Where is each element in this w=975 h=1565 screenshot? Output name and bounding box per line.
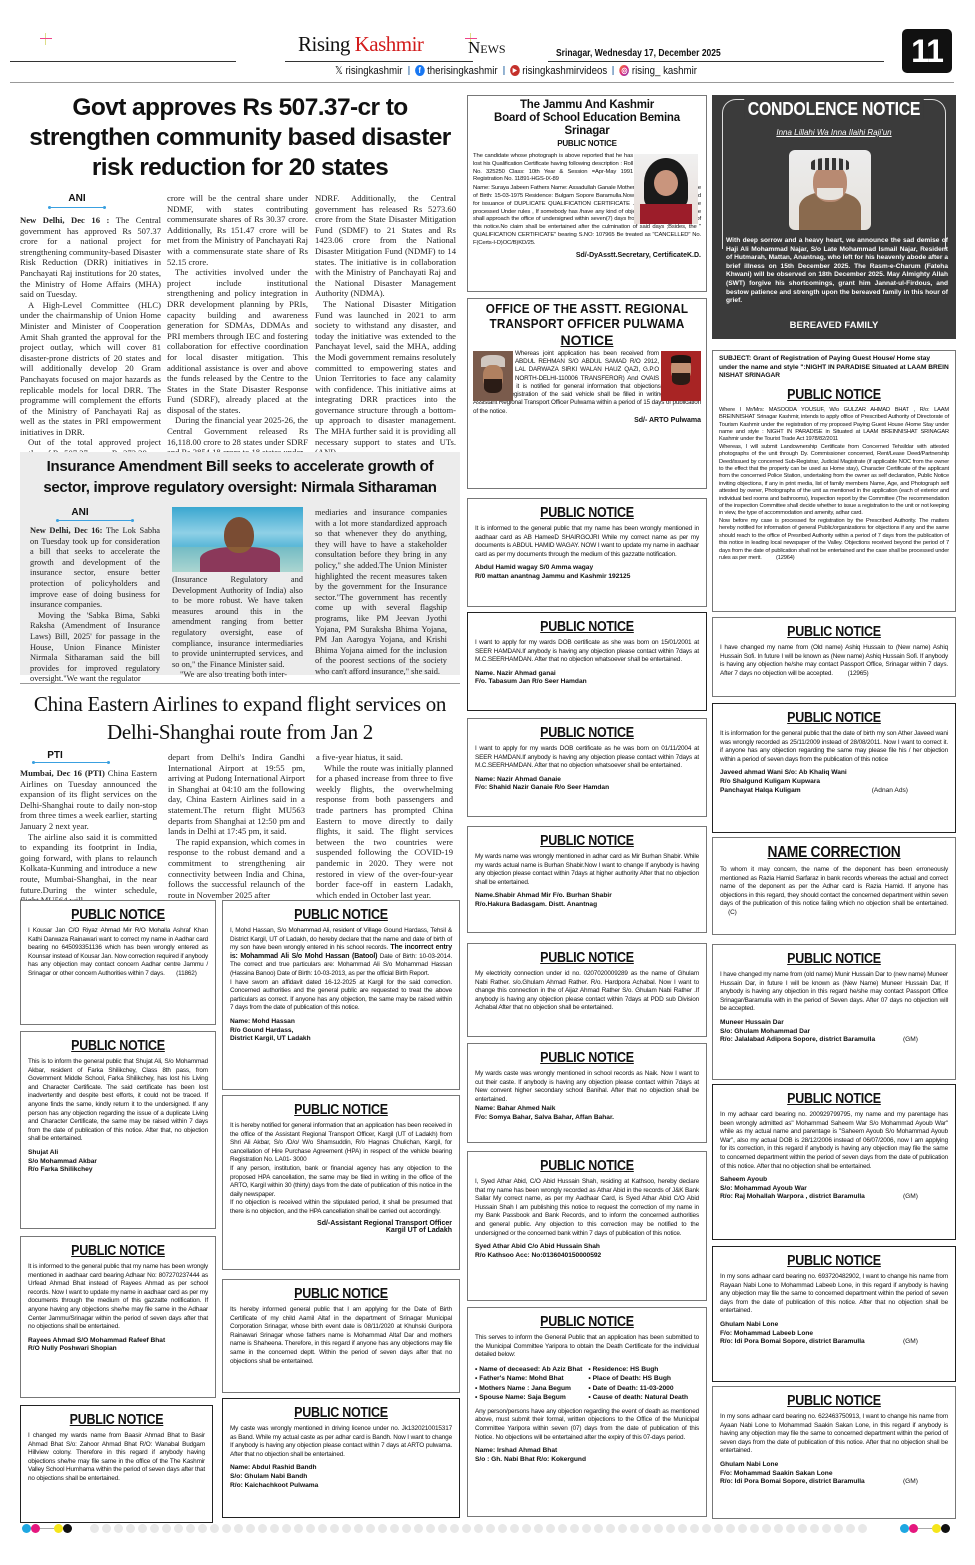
social-link-youtube[interactable]: ▶risingkashmirvideos: [510, 65, 607, 77]
social-link-x[interactable]: 𝕏risingkashmir: [335, 64, 402, 77]
brand-kashmir: Kashmir: [355, 32, 424, 56]
instagram-icon: ◎: [620, 65, 630, 76]
byline: ANI: [60, 507, 100, 518]
arto-pulwama-notice: OFFICE OF THE ASSTT. REGIONAL TRANSPORT …: [467, 298, 707, 489]
byline-rule: [48, 207, 106, 208]
byline: PTI: [40, 750, 70, 761]
public-notice-wagay: PUBLIC NOTICE It is informed to the gene…: [467, 498, 707, 607]
cmyk-print-marks: [900, 1524, 950, 1533]
public-notice-shujat: PUBLIC NOTICE This is to inform the gene…: [20, 1031, 216, 1229]
masthead-rule: [285, 61, 473, 62]
masthead-rule: [10, 61, 236, 62]
registration-mark: [40, 33, 52, 45]
transferee-photo: [661, 351, 701, 401]
public-notice-aamil: PUBLIC NOTICE Its hereby informed genera…: [222, 1279, 460, 1393]
dateline: Srinagar, Wednesday 17, December 2025: [556, 48, 721, 59]
facebook-icon: f: [415, 65, 425, 76]
name-correction-notice: NAME CORRECTION To whom it may concern, …: [712, 837, 956, 935]
public-notice-ashiq: PUBLIC NOTICE I have changed my name fro…: [712, 617, 956, 697]
x-icon: 𝕏: [335, 64, 343, 77]
brand-logo: Rising Kashmir: [298, 32, 423, 57]
cmyk-print-marks: [22, 1524, 72, 1533]
transferor-photo: [473, 351, 513, 401]
social-links: 𝕏risingkashmir ftherisingkashmir ▶rising…: [335, 64, 697, 77]
article-column: mediaries and insurance companies with a…: [315, 508, 447, 678]
article-column: crore will be the central share under ND…: [167, 193, 308, 458]
youtube-icon: ▶: [510, 65, 520, 76]
candidate-photo: [634, 154, 698, 224]
article-column: (Insurance Regulatory and Development Au…: [172, 575, 303, 681]
byline: ANI: [42, 193, 112, 204]
public-notice-electricity: PUBLIC NOTICE My electricity connection …: [467, 943, 707, 1037]
public-notice-arto-kargil: PUBLIC NOTICE It is hereby notified for …: [222, 1095, 460, 1270]
public-notice-bahar: PUBLIC NOTICE My wards caste was wrongly…: [467, 1043, 707, 1143]
byline-rule: [56, 520, 134, 521]
public-notice-burhan: PUBLIC NOTICE My wards name was wrongly …: [467, 826, 707, 933]
condolence-notice: CONDOLENCE NOTICE Inna Lillahi Wa Inna I…: [712, 95, 956, 339]
public-notice-syed-athar: PUBLIC NOTICE I, Syed Athar Abid, C/O Ab…: [467, 1151, 707, 1301]
public-notice-baasir: PUBLIC NOTICE I changed my wards name fr…: [20, 1405, 213, 1523]
public-notice-bandh: PUBLIC NOTICE My caste was wrongly menti…: [222, 1398, 460, 1518]
print-density-marks: [90, 1524, 867, 1533]
article-column: New Delhi, Dec 16 : The Central governme…: [20, 215, 161, 459]
article-column: depart from Delhi's Indira Gandhi Intern…: [168, 752, 305, 900]
article-column: a five-year hiatus, it said. While the r…: [316, 752, 453, 900]
byline-rule: [32, 762, 110, 763]
nirmala-sitharaman-photo: [172, 507, 303, 572]
brand-rising: Rising: [298, 32, 350, 56]
public-notice-death-certificate: PUBLIC NOTICE This serves to inform the …: [467, 1307, 707, 1517]
deceased-photo: [789, 150, 871, 230]
public-notice-rayees: PUBLIC NOTICE It is informed to the gene…: [20, 1236, 216, 1398]
article-column: NDRF. Additionally, the Central governme…: [315, 193, 456, 458]
notice-title: Board of School Education Bemina Srinaga…: [473, 112, 701, 138]
public-notice-shahid: PUBLIC NOTICE I want to apply for my war…: [467, 718, 707, 817]
notice-title: The Jammu And Kashmir: [473, 99, 701, 112]
public-notice-mohd-hassan: PUBLIC NOTICE I, Mohd Hassan, S/o Mohamm…: [222, 900, 460, 1090]
public-notice-saakin: PUBLIC NOTICE In my sons adhaar card bea…: [712, 1386, 956, 1519]
public-notice-javeed: PUBLIC NOTICE It is information for the …: [712, 703, 956, 833]
public-notice-saheem: PUBLIC NOTICE In my adhaar card bearing …: [712, 1084, 956, 1240]
headline-insurance: Insurance Amendment Bill seeks to accele…: [28, 456, 452, 498]
headline-airlines: China Eastern Airlines to expand flight …: [22, 690, 458, 746]
public-notice-muneer: PUBLIC NOTICE I have changed my name fro…: [712, 944, 956, 1080]
public-notice-tabasum: PUBLIC NOTICE I want to apply for my war…: [467, 612, 707, 711]
article-column: New Delhi, Dec 16: The Lok Sabha on Tues…: [30, 526, 160, 685]
social-link-instagram[interactable]: ◎rising_ kashmir: [620, 65, 697, 77]
masthead-rule: [10, 82, 954, 83]
social-link-facebook[interactable]: ftherisingkashmir: [415, 65, 498, 77]
headline-disaster: Govt approves Rs 507.37-cr to strengthen…: [20, 93, 460, 183]
public-notice-kousar: PUBLIC NOTICE I Kousar Jan C/O Riyaz Ahm…: [20, 900, 216, 1025]
homestay-public-notice: SUBJECT: Grant of Registration of Paying…: [712, 350, 956, 612]
article-column: Mumbai, Dec 16 (PTI) China Eastern Airli…: [20, 768, 157, 906]
page-number: 11: [902, 29, 952, 73]
masthead-rule: [548, 61, 884, 62]
bose-public-notice: The Jammu And Kashmir Board of School Ed…: [467, 95, 707, 292]
section-label: News: [468, 38, 506, 58]
condolence-subtitle: Inna Lillahi Wa Inna Ilaihi Raji'un: [712, 128, 956, 137]
condolence-title: CONDOLENCE NOTICE: [744, 99, 923, 119]
public-notice-labeeb: PUBLIC NOTICE In my sons adhaar card bea…: [712, 1246, 956, 1382]
